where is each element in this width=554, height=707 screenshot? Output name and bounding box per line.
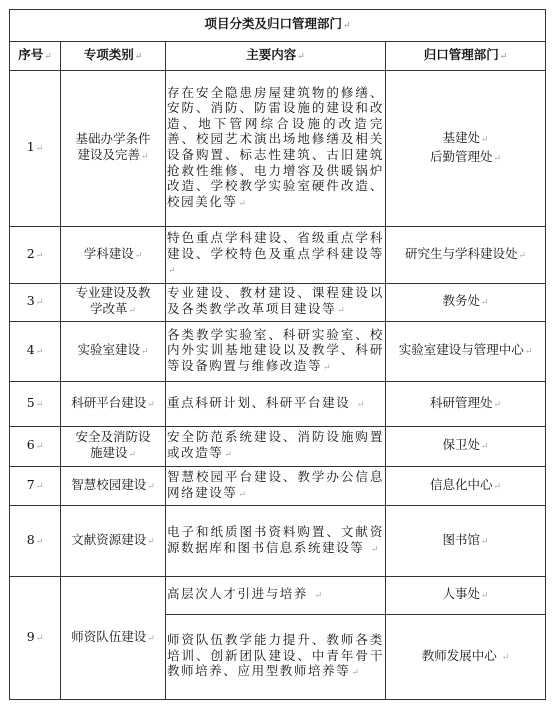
row-content: 高层次人才引进与培养 ↵ (166, 577, 386, 615)
table-row: 5↵ 科研平台建设↵ 重点科研计划、科研平台建设 ↵ 科研管理处↵ (10, 382, 546, 427)
row-content: 专业建设、教材建设、课程建设以及各类教学改革项目建设等↵ (166, 284, 386, 322)
table-row: 9↵ 师资队伍建设↵ 高层次人才引进与培养 ↵ 人事处↵ (10, 577, 546, 615)
row-content: 各类教学实验室、科研实验室、校内外实训基地建设以及教学、科研等设备购置与维修改造… (166, 322, 386, 382)
row-category: 专业建设及教学改革↵ (61, 284, 166, 322)
row-no: 7↵ (10, 467, 61, 506)
row-category: 学科建设↵ (61, 227, 166, 284)
row-dept: 科研管理处↵ (386, 382, 546, 427)
row-content: 安全防范系统建设、消防设施购置或改造等↵ (166, 427, 386, 467)
table-row: 4↵ 实验室建设↵ 各类教学实验室、科研实验室、校内外实训基地建设以及教学、科研… (10, 322, 546, 382)
row-dept: 信息化中心↵ (386, 467, 546, 506)
row-no: 2↵ (10, 227, 61, 284)
row-no: 1↵ (10, 71, 61, 227)
table-header-row: 序号↵ 专项类别↵ 主要内容↵ 归口管理部门↵ (10, 42, 546, 71)
header-content: 主要内容↵ (166, 42, 386, 71)
row-category: 实验室建设↵ (61, 322, 166, 382)
row-no: 8↵ (10, 506, 61, 577)
row-dept: 教务处↵ (386, 284, 546, 322)
table-title-row: 项目分类及归口管理部门↵ (10, 10, 546, 42)
row-content: 师资队伍教学能力提升、教师各类培训、创新团队建设、中青年骨干教师培养、应用型教师… (166, 615, 386, 700)
row-content: 智慧校园平台建设、教学办公信息网络建设等↵ (166, 467, 386, 506)
header-category: 专项类别↵ (61, 42, 166, 71)
row-content: 重点科研计划、科研平台建设 ↵ (166, 382, 386, 427)
table-title: 项目分类及归口管理部门↵ (10, 10, 546, 42)
row-content: 特色重点学科建设、省级重点学科建设、学校特色及重点学科建设等↵ (166, 227, 386, 284)
row-no: 4↵ (10, 322, 61, 382)
row-content: 电子和纸质图书资料购置、文献资源数据库和图书信息系统建设等 ↵ (166, 506, 386, 577)
row-category: 基础办学条件建设及完善↵ (61, 71, 166, 227)
table-row: 6↵ 安全及消防设施建设↵ 安全防范系统建设、消防设施购置或改造等↵ 保卫处↵ (10, 427, 546, 467)
table-row: 8↵ 文献资源建设↵ 电子和纸质图书资料购置、文献资源数据库和图书信息系统建设等… (10, 506, 546, 577)
row-dept: 实验室建设与管理中心↵ (386, 322, 546, 382)
row-content: 存在安全隐患房屋建筑物的修缮、安防、消防、防雷设施的建设和改造、地下管网综合设施… (166, 71, 386, 227)
table-row: 2↵ 学科建设↵ 特色重点学科建设、省级重点学科建设、学校特色及重点学科建设等↵… (10, 227, 546, 284)
row-dept: 教师发展中心 ↵ (386, 615, 546, 700)
row-category: 科研平台建设↵ (61, 382, 166, 427)
project-classification-table: 项目分类及归口管理部门↵ 序号↵ 专项类别↵ 主要内容↵ 归口管理部门↵ 1↵ … (9, 9, 546, 700)
row-dept: 基建处↵后勤管理处↵ (386, 71, 546, 227)
row-dept: 人事处↵ (386, 577, 546, 615)
row-no: 3↵ (10, 284, 61, 322)
row-category: 文献资源建设↵ (61, 506, 166, 577)
table-row: 7↵ 智慧校园建设↵ 智慧校园平台建设、教学办公信息网络建设等↵ 信息化中心↵ (10, 467, 546, 506)
row-no: 6↵ (10, 427, 61, 467)
row-dept: 保卫处↵ (386, 427, 546, 467)
table-row: 3↵ 专业建设及教学改革↵ 专业建设、教材建设、课程建设以及各类教学改革项目建设… (10, 284, 546, 322)
row-dept: 图书馆↵ (386, 506, 546, 577)
table-row: 1↵ 基础办学条件建设及完善↵ 存在安全隐患房屋建筑物的修缮、安防、消防、防雷设… (10, 71, 546, 227)
header-no: 序号↵ (10, 42, 61, 71)
row-category: 师资队伍建设↵ (61, 577, 166, 700)
header-dept: 归口管理部门↵ (386, 42, 546, 71)
row-category: 安全及消防设施建设↵ (61, 427, 166, 467)
row-dept: 研究生与学科建设处↵ (386, 227, 546, 284)
row-category: 智慧校园建设↵ (61, 467, 166, 506)
row-no: 5↵ (10, 382, 61, 427)
row-no: 9↵ (10, 577, 61, 700)
